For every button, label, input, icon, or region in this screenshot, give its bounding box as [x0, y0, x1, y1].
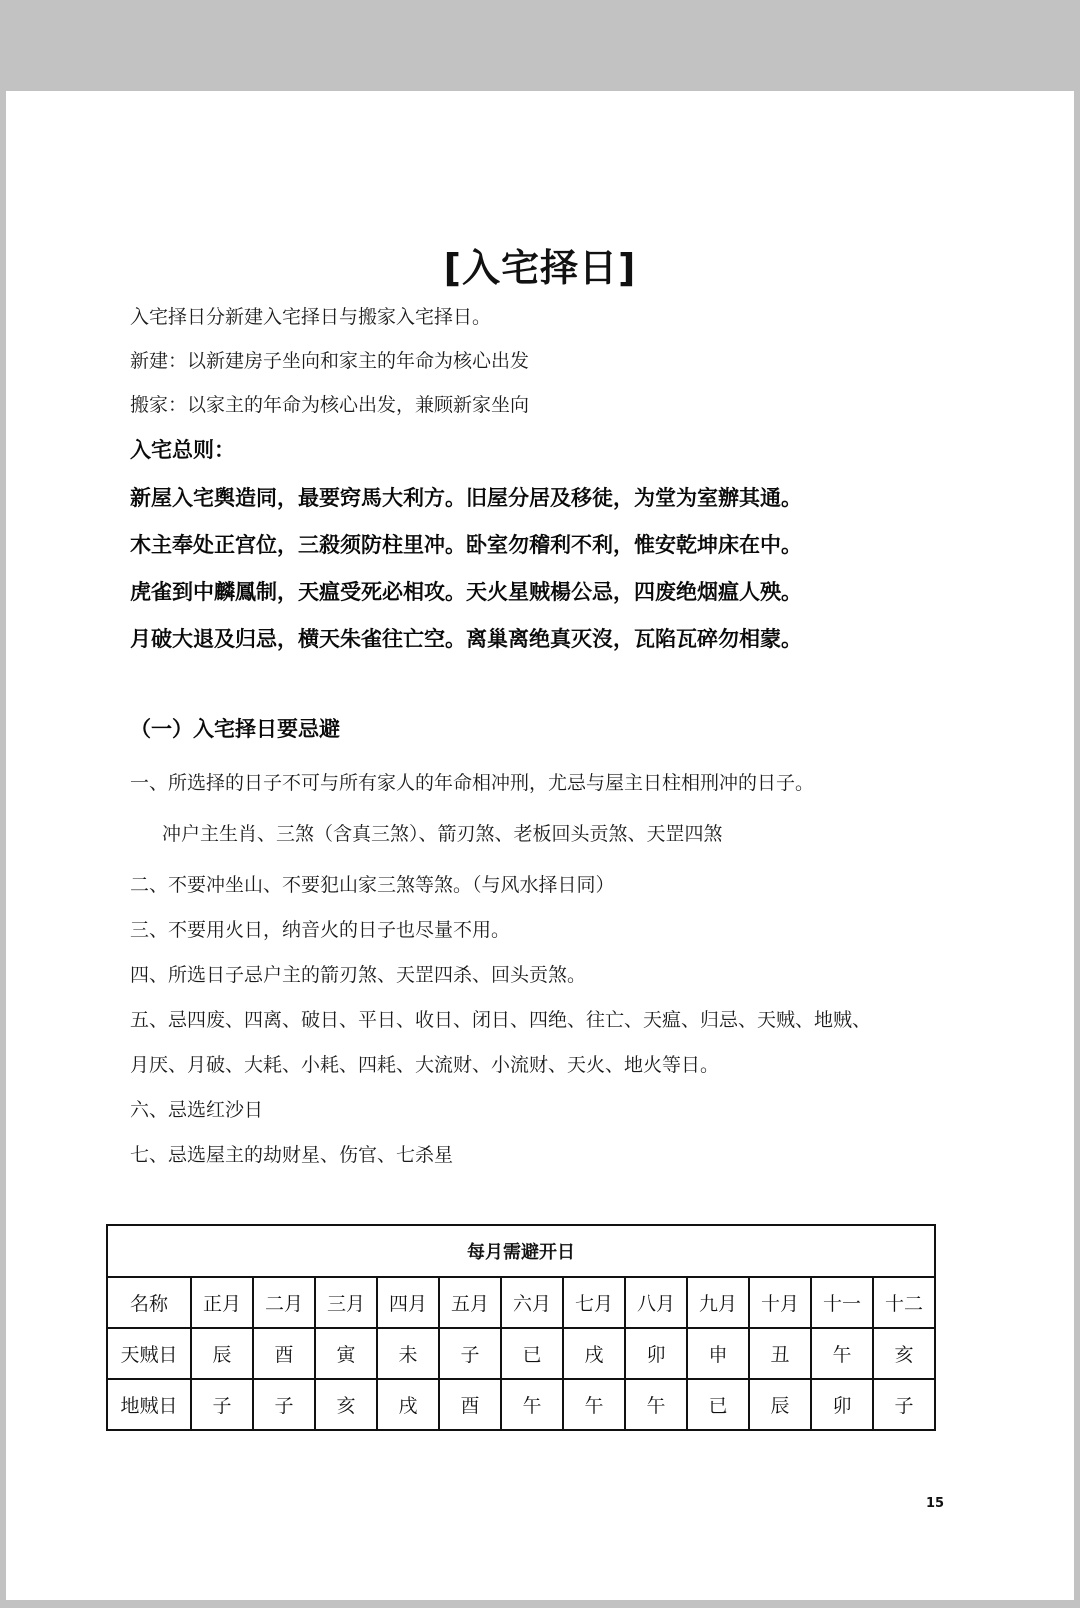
table-cell: 寅	[315, 1328, 377, 1379]
table-cell: 酉	[439, 1379, 501, 1430]
table-cell: 亥	[315, 1379, 377, 1430]
header-cell: 九月	[687, 1277, 749, 1328]
page-number: 15	[926, 1496, 944, 1511]
table-cell: 丑	[749, 1328, 811, 1379]
table-cell: 子	[439, 1328, 501, 1379]
table-caption-row: 每月需避开日	[107, 1225, 935, 1277]
table-cell: 辰	[191, 1328, 253, 1379]
header-cell: 正月	[191, 1277, 253, 1328]
header-cell: 三月	[315, 1277, 377, 1328]
table-cell: 未	[377, 1328, 439, 1379]
table-cell: 午	[563, 1379, 625, 1430]
header-cell: 六月	[501, 1277, 563, 1328]
table-cell: 午	[625, 1379, 687, 1430]
table-cell: 戌	[563, 1328, 625, 1379]
header-cell: 十月	[749, 1277, 811, 1328]
table-row: 天贼日 辰 酉 寅 未 子 已 戌 卯 申 丑 午 亥	[107, 1328, 935, 1379]
page-title: [入宅择日]	[6, 237, 1074, 292]
table-cell: 已	[501, 1328, 563, 1379]
table-cell: 子	[873, 1379, 935, 1430]
header-cell: 二月	[253, 1277, 315, 1328]
section-heading: （一）入宅择日要忌避	[130, 717, 340, 741]
row-label: 天贼日	[107, 1328, 191, 1379]
rule-line-3: 虎雀到中麟鳳制，天瘟受死必相攻。天火星贼楊公忌，四废绝烟瘟人殃。	[130, 580, 802, 604]
table-cell: 辰	[749, 1379, 811, 1430]
rule-line-2: 木主奉处正宫位，三殺须防柱里冲。卧室勿稽利不利，惟安乾坤床在中。	[130, 533, 802, 557]
document-page: [入宅择日] 入宅择日分新建入宅择日与搬家入宅择日。 新建：以新建房子坐向和家主…	[6, 91, 1074, 1600]
table-cell: 申	[687, 1328, 749, 1379]
intro-line-2: 新建：以新建房子坐向和家主的年命为核心出发	[130, 349, 529, 373]
table-cell: 戌	[377, 1379, 439, 1430]
avoid-item-5: 五、忌四废、四离、破日、平日、收日、闭日、四绝、往亡、天瘟、归忌、天贼、地贼、	[130, 1008, 871, 1032]
table-cell: 午	[811, 1328, 873, 1379]
rule-line-4: 月破大退及归忌，横天朱雀往亡空。离巢离绝真灭沒，瓦陷瓦碎勿相蒙。	[130, 627, 802, 651]
table-cell: 卯	[625, 1328, 687, 1379]
header-cell: 八月	[625, 1277, 687, 1328]
table-cell: 亥	[873, 1328, 935, 1379]
table-cell: 卯	[811, 1379, 873, 1430]
table-cell: 酉	[253, 1328, 315, 1379]
avoid-item-3: 三、不要用火日，纳音火的日子也尽量不用。	[130, 918, 510, 942]
avoid-item-7: 七、忌选屋主的劫财星、伤官、七杀星	[130, 1143, 453, 1167]
table-cell: 已	[687, 1379, 749, 1430]
row-label: 地贼日	[107, 1379, 191, 1430]
rules-heading: 入宅总则：	[130, 438, 235, 462]
avoid-item-6: 六、忌选红沙日	[130, 1098, 263, 1122]
header-cell: 十二	[873, 1277, 935, 1328]
header-cell: 四月	[377, 1277, 439, 1328]
avoid-item-1-detail: 冲户主生肖、三煞（含真三煞）、箭刃煞、老板回头贡煞、天罡四煞	[162, 822, 723, 846]
header-cell: 名称	[107, 1277, 191, 1328]
table-row: 地贼日 子 子 亥 戌 酉 午 午 午 已 辰 卯 子	[107, 1379, 935, 1430]
intro-line-3: 搬家：以家主的年命为核心出发，兼顾新家坐向	[130, 393, 529, 417]
avoid-item-1: 一、所选择的日子不可与所有家人的年命相冲刑，尤忌与屋主日柱相刑冲的日子。	[130, 771, 814, 795]
avoid-item-4: 四、所选日子忌户主的箭刃煞、天罡四杀、回头贡煞。	[130, 963, 586, 987]
intro-line-1: 入宅择日分新建入宅择日与搬家入宅择日。	[130, 305, 491, 329]
table-cell: 午	[501, 1379, 563, 1430]
table-cell: 子	[253, 1379, 315, 1430]
table-caption: 每月需避开日	[107, 1225, 935, 1277]
header-cell: 五月	[439, 1277, 501, 1328]
avoid-item-2: 二、不要冲坐山、不要犯山家三煞等煞。（与风水择日同）	[130, 873, 615, 897]
header-cell: 十一	[811, 1277, 873, 1328]
table-cell: 子	[191, 1379, 253, 1430]
table-header-row: 名称 正月 二月 三月 四月 五月 六月 七月 八月 九月 十月 十一 十二	[107, 1277, 935, 1328]
header-cell: 七月	[563, 1277, 625, 1328]
monthly-avoid-days-table: 每月需避开日 名称 正月 二月 三月 四月 五月 六月 七月 八月 九月 十月 …	[106, 1224, 936, 1431]
rule-line-1: 新屋入宅舆造同，最要窍馬大利方。旧屋分居及移徒，为堂为室辦其通。	[130, 486, 802, 510]
avoid-item-5-cont: 月厌、月破、大耗、小耗、四耗、大流财、小流财、天火、地火等日。	[130, 1053, 719, 1077]
